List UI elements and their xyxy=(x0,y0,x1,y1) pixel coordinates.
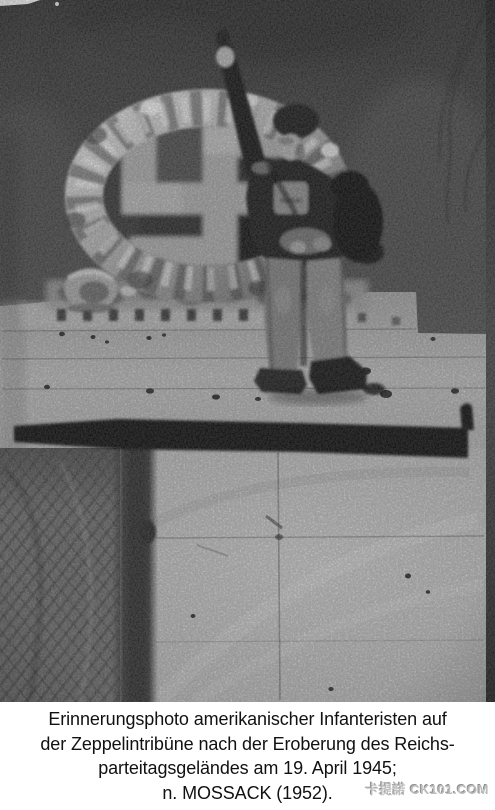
historical-photo xyxy=(0,0,495,702)
caption-line-2: der Zeppelintribüne nach der Eroberung d… xyxy=(0,732,495,757)
photo-canvas xyxy=(0,0,495,702)
watermark: 卡提諾 CK101.COM xyxy=(365,778,489,803)
caption-line-1: Erinnerungsphoto amerikanischer Infanter… xyxy=(0,707,495,732)
photo-caption: Erinnerungsphoto amerikanischer Infanter… xyxy=(0,702,495,810)
vignette xyxy=(0,0,495,702)
scanned-figure: Erinnerungsphoto amerikanischer Infanter… xyxy=(0,0,495,810)
